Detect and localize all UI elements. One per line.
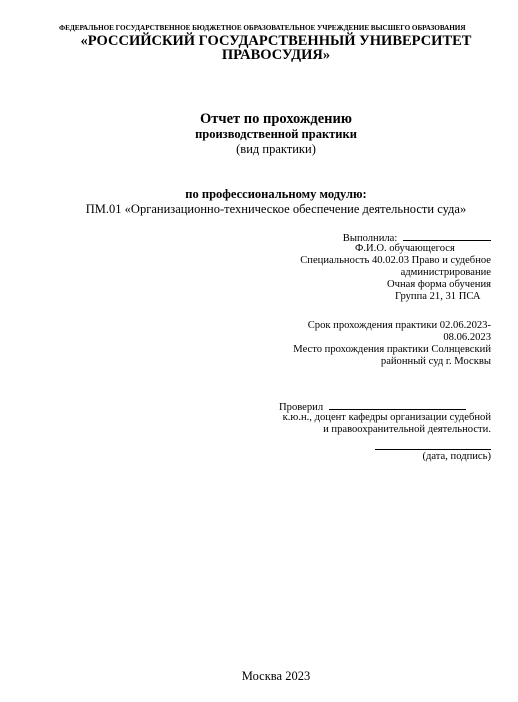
module-label: по профессиональному модулю:	[52, 187, 500, 202]
report-title: Отчет по прохождению	[52, 111, 500, 128]
organization-type: ФЕДЕРАЛЬНОЕ ГОСУДАРСТВЕННОЕ БЮДЖЕТНОЕ ОБ…	[59, 24, 465, 32]
specialty-line2: администрирование	[401, 267, 491, 279]
document-page: ФЕДЕРАЛЬНОЕ ГОСУДАРСТВЕННОЕ БЮДЖЕТНОЕ ОБ…	[0, 0, 518, 702]
student-signature-line	[403, 231, 491, 241]
reviewer-position-line2: и правоохранительной деятельности.	[323, 424, 491, 436]
student-name-hint: Ф.И.О. обучающегося	[355, 243, 455, 254]
practice-period-line2: 08.06.2023	[443, 332, 491, 344]
university-name-line2: ПРАВОСУДИЯ»	[52, 47, 500, 64]
reviewer-position-line1: к.ю.н., доцент кафедры организации судеб…	[283, 412, 491, 424]
student-group: Группа 21, 31 ПСА	[395, 291, 481, 302]
practice-place-line1: Место прохождения практики Солнцевский	[293, 344, 491, 356]
date-signature-line	[375, 449, 491, 450]
city-year: Москва 2023	[52, 669, 500, 684]
practice-type-hint: (вид практики)	[52, 142, 500, 157]
reviewer-signature-line	[329, 400, 466, 410]
module-name: ПМ.01 «Организационно-техническое обеспе…	[52, 202, 500, 217]
practice-period-line1: Срок прохождения практики 02.06.2023-	[308, 320, 491, 332]
study-form: Очная форма обучения	[387, 279, 491, 291]
practice-place-line2: районный суд г. Москвы	[381, 356, 491, 368]
specialty-line1: Специальность 40.02.03 Право и судебное	[300, 255, 491, 267]
report-subtitle: производственной практики	[52, 127, 500, 142]
date-signature-hint: (дата, подпись)	[422, 451, 491, 463]
